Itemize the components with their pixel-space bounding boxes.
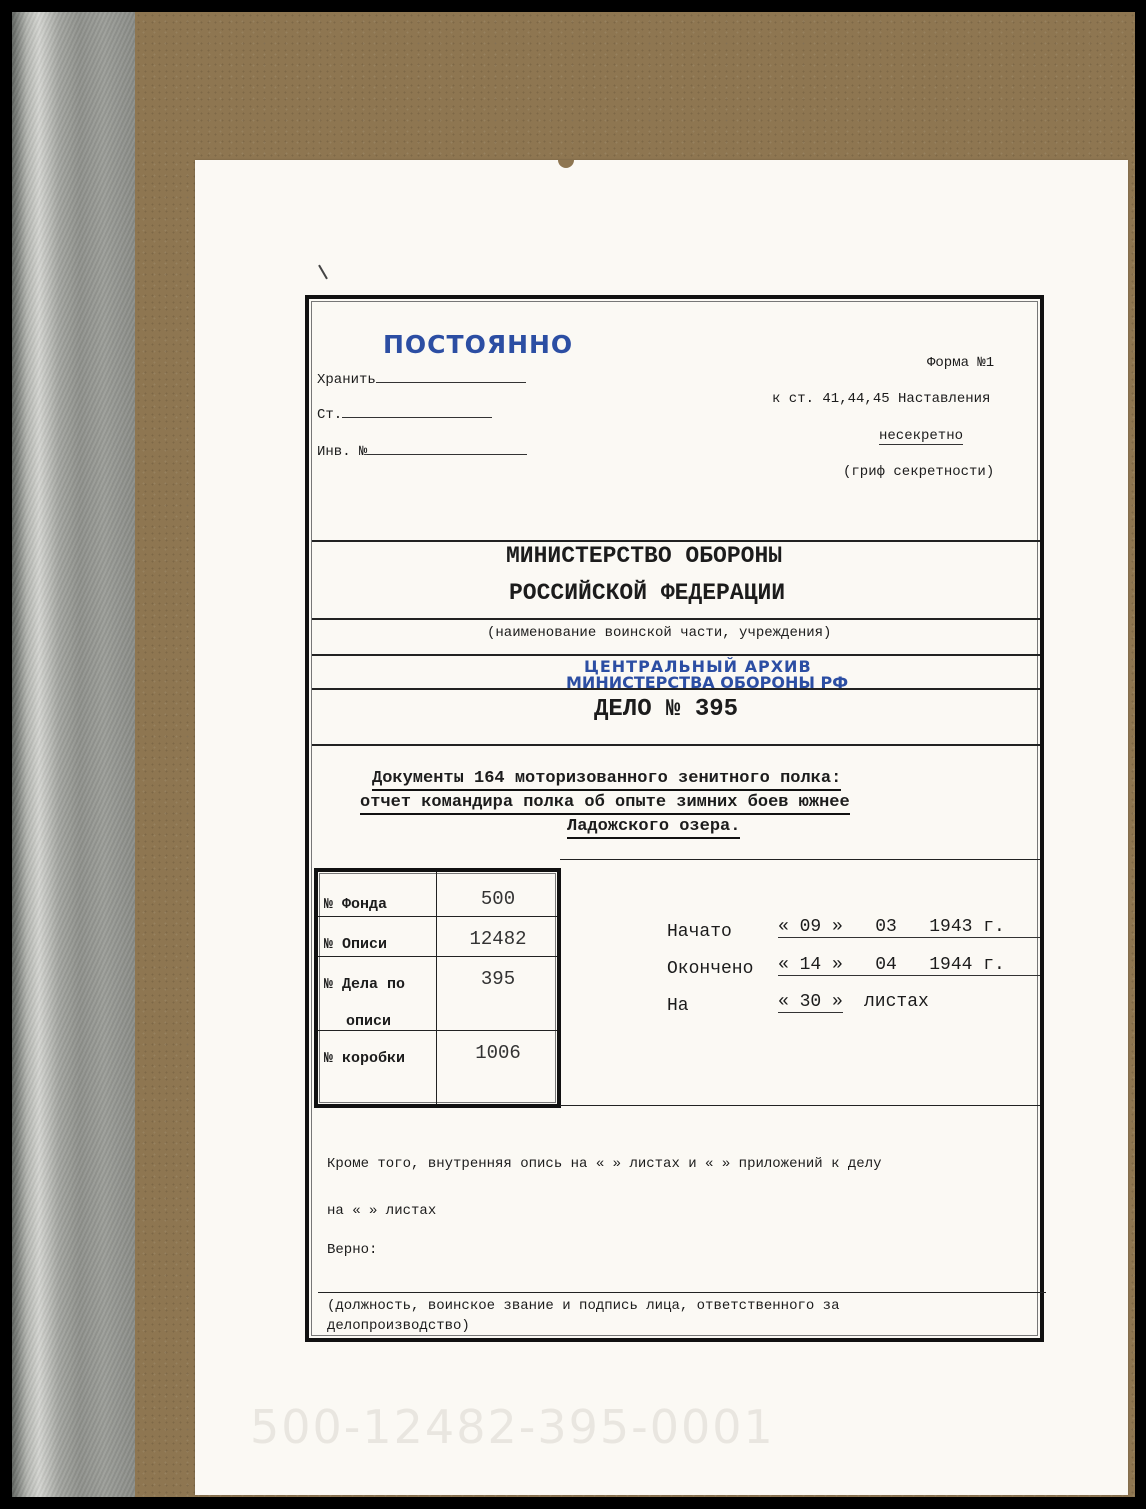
table-row-divider (318, 956, 557, 957)
sheets-label: На (667, 996, 689, 1016)
started-date: « 09 » 03 1943 г. (778, 917, 1040, 938)
ended-label: Окончено (667, 959, 753, 979)
form-number: Форма №1 (927, 355, 994, 371)
stamp-permanent: ПОСТОЯННО (383, 330, 573, 359)
org-caption: (наименование воинской части, учреждения… (487, 625, 831, 641)
table-row-divider (318, 1030, 557, 1031)
description-line-3: Ладожского озера. (567, 817, 740, 839)
divider (312, 540, 1040, 542)
classification-caption: (гриф секретности) (843, 464, 994, 480)
signature-line (318, 1292, 1046, 1293)
article-field: Ст. (317, 403, 492, 423)
signature-caption-1: (должность, воинское звание и подпись ли… (327, 1298, 839, 1314)
verified-label: Верно: (327, 1242, 377, 1258)
org-line-1: МИНИСТЕРСТВО ОБОРОНЫ (506, 543, 782, 569)
classification-value: несекретно (879, 428, 963, 445)
divider (560, 1105, 1040, 1106)
divider (312, 688, 1040, 690)
archive-watermark: 500-12482-395-0001 (250, 1400, 775, 1454)
additional-inventory-line-1: Кроме того, внутренняя опись на « » лист… (327, 1156, 882, 1172)
fond-value: 500 (438, 888, 558, 910)
ended-date: « 14 » 04 1944 г. (778, 955, 1040, 976)
fond-label: № Фонда (324, 896, 387, 913)
reference-text: к ст. 41,44,45 Наставления (772, 391, 990, 407)
org-line-2: РОССИЙСКОЙ ФЕДЕРАЦИИ (509, 580, 785, 606)
folder-spine (12, 12, 135, 1497)
table-row-divider (318, 916, 557, 917)
keep-field: Хранить (317, 368, 526, 388)
started-label: Начато (667, 922, 732, 942)
archive-codes-table: № Фонда 500 № Описи 12482 № Дела по опис… (314, 868, 561, 1108)
divider (560, 859, 1040, 860)
table-column-divider (436, 872, 437, 1104)
opis-label: № Описи (324, 936, 387, 953)
divider (312, 654, 1040, 656)
opis-value: 12482 (438, 928, 558, 950)
additional-inventory-line-2: на « » листах (327, 1203, 436, 1219)
inventory-field: Инв. № (317, 440, 527, 460)
description-line-2: отчет командира полка об опыте зимних бо… (360, 793, 850, 815)
box-label: № коробки (324, 1050, 405, 1067)
sheets-count: « 30 » (778, 992, 843, 1013)
signature-caption-2: делопроизводство) (327, 1318, 470, 1334)
description-line-1: Документы 164 моторизованного зенитного … (372, 769, 841, 791)
delo-value: 395 (438, 968, 558, 990)
divider (312, 618, 1040, 620)
delo-label: № Дела по (324, 976, 405, 993)
sheets-suffix: листах (864, 992, 929, 1012)
delo-label-cont: описи (346, 1013, 391, 1030)
box-value: 1006 (438, 1042, 558, 1064)
divider (312, 744, 1040, 746)
case-title: ДЕЛО № 395 (594, 696, 738, 723)
